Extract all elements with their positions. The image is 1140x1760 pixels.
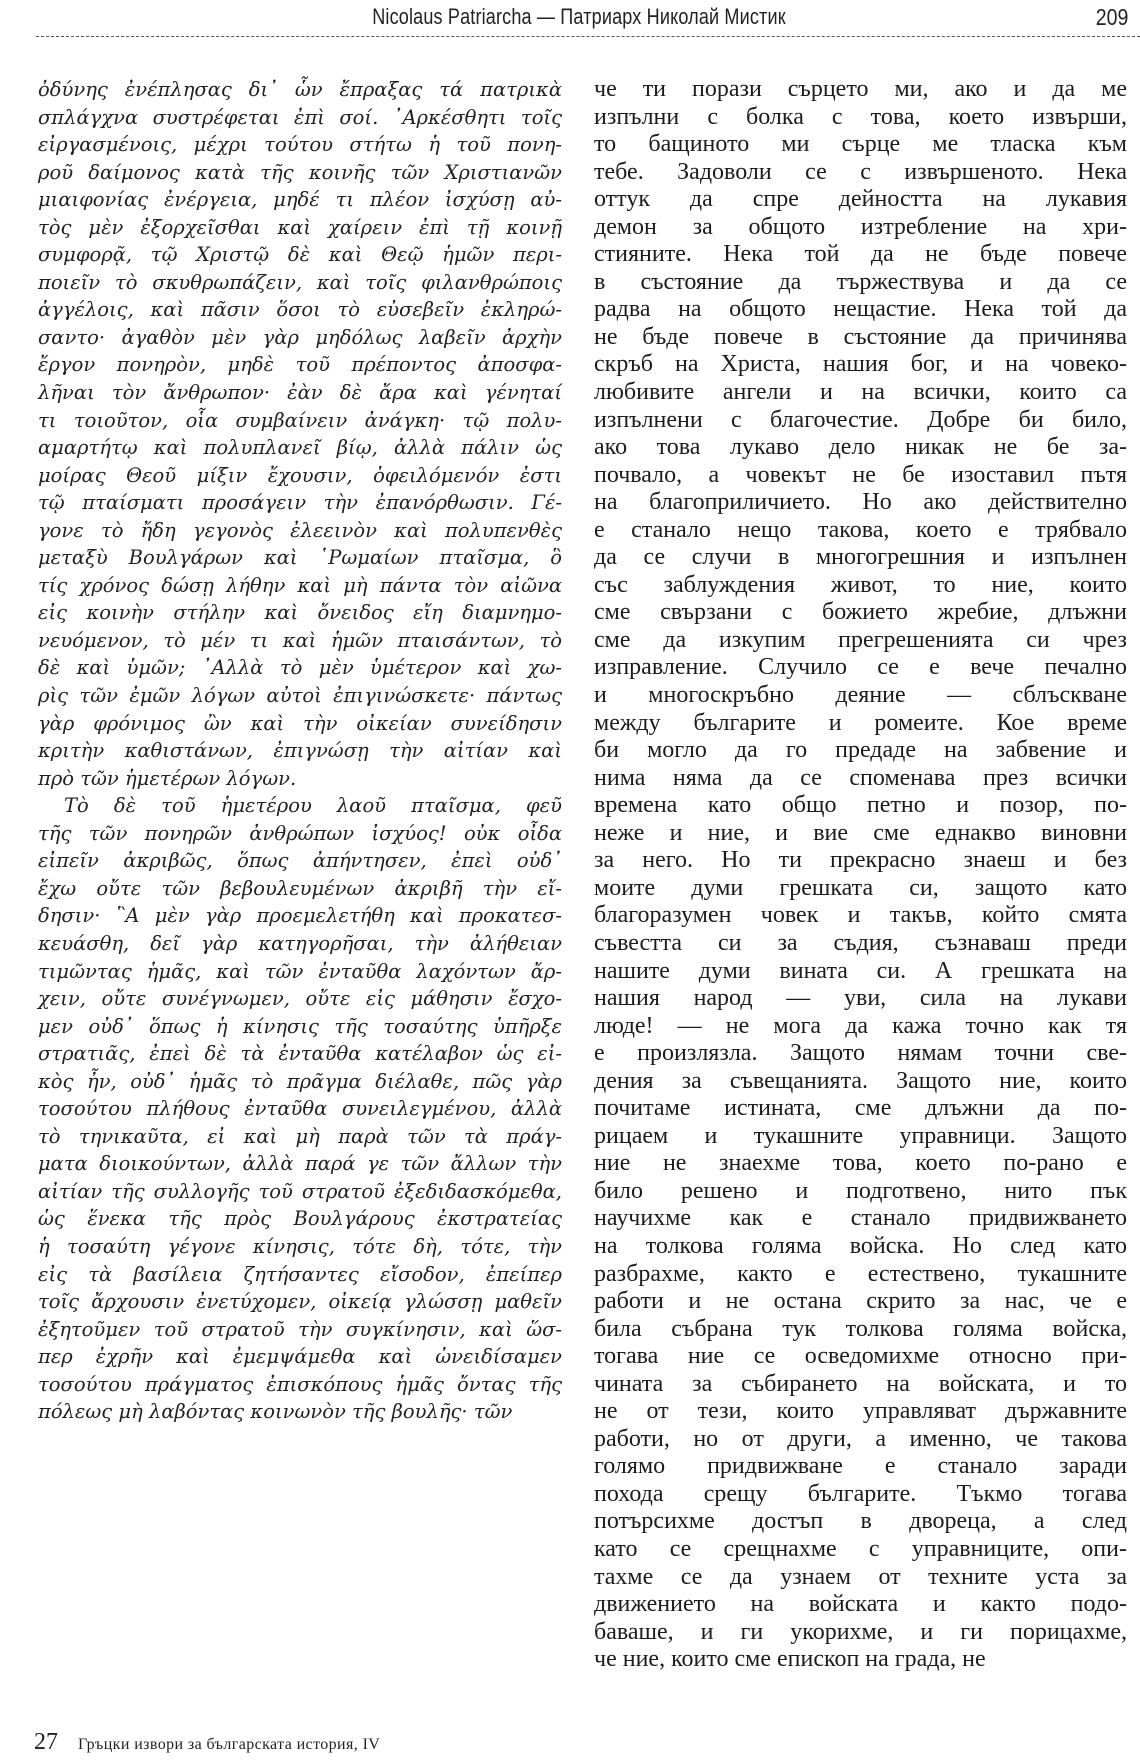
text-line: κριτὴν καθιστάνων, ἐπιγνώσῃ τὴν αἰτίαν κ… <box>38 737 562 765</box>
text-line: било решено и подготвено, нито пък <box>594 1178 1127 1206</box>
page-footer: 27 Гръцки извори за българската история,… <box>34 1729 380 1756</box>
text-line: τίς χρόνος δώσῃ λήθην καὶ μὴ πάντα τὸν α… <box>38 572 562 600</box>
text-line: времена като общо петно и позор, по- <box>594 792 1127 820</box>
text-line: εἰργασμένοις, μέχρι τούτου στήτω ἡ τοῦ π… <box>38 131 562 159</box>
greek-text-column: ὀδύνης ἐνέπλησας δι᾿ ὧν ἔπραξας τά πατρι… <box>38 76 562 1426</box>
text-line: научихме как е станало придвижването <box>594 1205 1127 1233</box>
book-title: Гръцки извори за българската история, IV <box>78 1736 380 1754</box>
text-line: като се срещнахме с управниците, опи- <box>594 1536 1127 1564</box>
text-line: τῷ πταίσματι προσάγειν τὴν ἐπανόρθωσιν. … <box>38 489 562 517</box>
text-line: μεν οὐδ᾿ ὅπως ἡ κίνησις τῆς τοσαύτης ὑπῆ… <box>38 1013 562 1041</box>
text-line: то бащиното ми сърце ме тласка към <box>594 131 1127 159</box>
text-line: ρὶς τῶν ἐμῶν λόγων αὐτοὶ ἐπιγινώσκετε· π… <box>38 682 562 710</box>
text-line: чината за събирането на войската, и то <box>594 1371 1127 1399</box>
text-line: ние не знаехме това, което по-рано е <box>594 1150 1127 1178</box>
text-line: със заблуждения живот, то ние, които <box>594 572 1127 600</box>
text-line: στρατιᾶς, ἐπεὶ δὲ τὰ ἐνταῦθα κατέλαβον ὡ… <box>38 1040 562 1068</box>
text-line: неже и ние, и вие сме еднакво виновни <box>594 820 1127 848</box>
page-number: 209 <box>1095 4 1128 31</box>
text-line: благоразумен човек и такъв, който смята <box>594 902 1127 930</box>
text-line: λῆναι τὸν ἄνθρωπον· ἐὰν δὲ ἄρα καὶ γένητ… <box>38 379 562 407</box>
text-line: αμαρτήτῳ καὶ πολυπλανεῖ βίῳ, ἀλλὰ πάλιν … <box>38 434 562 462</box>
text-line: ματα διοικούντων, ἀλλὰ παρά γε τῶν ἄλλων… <box>38 1150 562 1178</box>
text-line: τοῖς ἄρχουσιν ἐνετύχομεν, οἰκείᾳ γλώσσῃ … <box>38 1288 562 1316</box>
text-line: сме да изкупим прегрешенията си чрез <box>594 627 1127 655</box>
text-line: γονε τὸ ἤδη γεγονὸς ἐλεεινὸν καὶ πολυπεν… <box>38 517 562 545</box>
text-line: εἰς τὰ βασίλεια ζητήσαντες εἴσοδον, ἐπεί… <box>38 1261 562 1289</box>
text-line: ἔργον πονηρὸν, μηδὲ τοῦ πρέποντος ἀποσφα… <box>38 351 562 379</box>
text-line: ποιεῖν τὸ σκυθρωπάζειν, καὶ τοῖς φιλανθρ… <box>38 269 562 297</box>
text-line: че ти порази сърцето ми, ако и да ме <box>594 76 1127 104</box>
text-line: πόλεως μὴ λαβόντας κοινωνὸν τῆς βουλῆς· … <box>38 1398 562 1426</box>
text-line: κὸς ἦν, οὐδ᾿ ἡμᾶς τὸ πρᾶγμα διέλαθε, πῶς… <box>38 1068 562 1096</box>
text-line: разбрахме, както е естествено, тукашните <box>594 1261 1127 1289</box>
text-line: μοίρας Θεοῦ μίξιν ἔχουσιν, ὀφειλόμενόν ἐ… <box>38 462 562 490</box>
text-line: почвало, а човекът не бе изоставил пътя <box>594 462 1127 490</box>
signature-mark: 27 <box>34 1729 58 1756</box>
text-line: голямо придвижване е станало заради <box>594 1453 1127 1481</box>
text-line: съвестта си за съдия, съзнаваш преди <box>594 930 1127 958</box>
text-line: оттук да спре дейността на лукавия <box>594 186 1127 214</box>
text-line: нашия народ — уви, сила на лукави <box>594 985 1127 1013</box>
text-line: нима няма да се споменава през всички <box>594 765 1127 793</box>
text-line: работи и не остана скрито за нас, че е <box>594 1288 1127 1316</box>
text-line: τὸς μὲν ἐξορχεῖσθαι καὶ χαίρειν ἐπὶ τῇ κ… <box>38 214 562 242</box>
text-line: γὰρ φρόνιμος ὢν καὶ τὴν οἰκείαν συνείδησ… <box>38 710 562 738</box>
text-line: почитаме истината, сме длъжни да по- <box>594 1095 1127 1123</box>
text-line: μιαιφονίας ἐνέργεια, μηδέ τι πλέον ἰσχύσ… <box>38 186 562 214</box>
text-line: би могло да го предаде на забвение и <box>594 737 1127 765</box>
text-line: σαντο· ἀγαθὸν μὲν γὰρ μηδόλως λαβεῖν ἀρχ… <box>38 324 562 352</box>
text-line: εἰς κοινὴν στήλην καὶ ὄνειδος εἴη διαμνη… <box>38 599 562 627</box>
text-line: Τὸ δὲ τοῦ ἡμετέρου λαοῦ πταῖσμα, φεῦ <box>38 792 562 820</box>
text-line: изпълнени с благочестие. Добре би било, <box>594 407 1127 435</box>
text-line: потърсихме достъп в двореца, а след <box>594 1508 1127 1536</box>
text-line: любивите ангели и на всички, които са <box>594 379 1127 407</box>
header-rule <box>36 36 1140 37</box>
text-line: τιμῶντας ἡμᾶς, καὶ τῶν ἐνταῦθα λαχόντων … <box>38 958 562 986</box>
text-line: работи, но от други, а именно, че такова <box>594 1426 1127 1454</box>
text-line: тебе. Задоволи се с извършеното. Нека <box>594 159 1127 187</box>
text-line: люде! — не мога да кажа точно как тя <box>594 1013 1127 1041</box>
text-line: е станало нещо такова, което е трябвало <box>594 517 1127 545</box>
text-line: на толкова голяма войска. Но след като <box>594 1233 1127 1261</box>
text-line: между българите и ромеите. Кое време <box>594 710 1127 738</box>
text-line: δὲ καὶ ὑμῶν; ᾿Αλλὰ τὸ μὲν ὑμέτερον καὶ χ… <box>38 654 562 682</box>
text-line: не от тези, които управляват държавните <box>594 1398 1127 1426</box>
text-line: рицаем и тукашните управници. Защото <box>594 1123 1127 1151</box>
text-line: сме свързани с божието жребие, длъжни <box>594 599 1127 627</box>
text-line: χειν, οὔτε συνέγνωμεν, οὔτε εἰς μάθησιν … <box>38 985 562 1013</box>
text-line: μεταξὺ Βουλγάρων καὶ ῾Ρωμαίων πταῖσμα, ὃ <box>38 544 562 572</box>
text-line: на благоприличието. Но ако действително <box>594 489 1127 517</box>
text-line: е произлязла. Защото нямам точни све- <box>594 1040 1127 1068</box>
text-line: ὀδύνης ἐνέπλησας δι᾿ ὧν ἔπραξας τά πατρι… <box>38 76 562 104</box>
text-line: τοσούτου πράγματος ἐπισκόπους ἡμᾶς ὄντας… <box>38 1371 562 1399</box>
running-header: Nicolaus Patriarcha — Патриарх Николай М… <box>30 4 1128 34</box>
text-line: да се случи в многогрешния и изпълнен <box>594 544 1127 572</box>
text-line: ἀγγέλοις, καὶ πᾶσιν ὅσοι τὸ εὐσεβεῖν ἐκλ… <box>38 296 562 324</box>
text-line: τῆς τῶν πονηρῶν ἀνθρώπων ἰσχύος! οὐκ οἶδ… <box>38 820 562 848</box>
text-line: ἡ τοσαύτη γέγονε κίνησις, τότε δὴ, τότε,… <box>38 1233 562 1261</box>
text-line: τοσούτου πλήθους ἐνταῦθα συνειλεγμένου, … <box>38 1095 562 1123</box>
text-line: αἰτίαν τῆς συλλογῆς τοῦ στρατοῦ ἐξεδιδασ… <box>38 1178 562 1206</box>
text-line: тахме се да узнаем от техните уста за <box>594 1564 1127 1592</box>
text-line: πρὸ τῶν ἡμετέρων λόγων. <box>38 765 562 793</box>
running-title: Nicolaus Patriarcha — Патриарх Николай М… <box>129 4 1029 30</box>
text-line: тогава ние се осведомихме относно при- <box>594 1343 1127 1371</box>
text-line: и многоскръбно деяние — сблъскване <box>594 682 1127 710</box>
text-line: движението на войската и както подо- <box>594 1591 1127 1619</box>
text-line: била събрана тук толкова голяма войска, <box>594 1316 1127 1344</box>
text-line: баваше, и ги укорихме, и ги порицахме, <box>594 1619 1127 1647</box>
text-line: ἐξητοῦμεν τοῦ στρατοῦ τὴν συγκίνησιν, κα… <box>38 1316 562 1344</box>
text-line: демон за общото изтребление на хри- <box>594 214 1127 242</box>
text-line: похода срещу българите. Тъкмо тогава <box>594 1481 1127 1509</box>
text-line: συμφορᾷ, τῷ Χριστῷ δὲ καὶ Θεῷ ἡμῶν περι- <box>38 241 562 269</box>
text-line: радва на общото нещастие. Нека той да <box>594 296 1127 324</box>
text-line: в състояние да тържествува и да се <box>594 269 1127 297</box>
text-line: скръб на Христа, нашия бог, и на човеко- <box>594 351 1127 379</box>
text-line: ὡς ἕνεκα τῆς πρὸς Βουλγάρους ἐκστρατείας <box>38 1205 562 1233</box>
text-line: ако това лукаво дело никак не бе за- <box>594 434 1127 462</box>
text-line: стияните. Нека той да не бъде повече <box>594 241 1127 269</box>
text-line: ἔχω οὔτε τῶν βεβουλευμένων ἀκριβῆ τὴν εἴ… <box>38 875 562 903</box>
text-line: моите думи грешката си, защото като <box>594 875 1127 903</box>
text-line: νευόμενον, τὸ μέν τι καὶ ἡμῶν πταισάντων… <box>38 627 562 655</box>
text-line: σπλάγχνα συστρέφεται ἐπὶ σοί. ᾿Αρκέσθητι… <box>38 104 562 132</box>
text-line: дения за съвещанията. Защото ние, които <box>594 1068 1127 1096</box>
text-line: че ние, които сме епископ на града, не <box>594 1646 1127 1674</box>
text-line: κευάσθη, δεῖ γὰρ κατηγορῆσαι, τὴν ἀλήθει… <box>38 930 562 958</box>
text-line: нашите думи вината си. А грешката на <box>594 958 1127 986</box>
text-line: ροῦ δαίμονος κατὰ τῆς κοινῆς τῶν Χριστια… <box>38 159 562 187</box>
text-line: изправление. Случило се е вече печално <box>594 654 1127 682</box>
bulgarian-translation-column: че ти порази сърцето ми, ако и да меизпъ… <box>594 76 1127 1674</box>
text-line: изпълни с болка с това, което извърши, <box>594 104 1127 132</box>
text-line: περ ἐχρῆν καὶ ἐμεμψάμεθα καὶ ὠνειδίσαμεν <box>38 1343 562 1371</box>
text-line: εἰπεῖν ἀκριβῶς, ὅπως ἀπήντησεν, ἐπεὶ οὐδ… <box>38 847 562 875</box>
text-line: не бъде повече в състояние да причинява <box>594 324 1127 352</box>
text-line: τι τοιοῦτον, οἷα συμβαίνειν ἀνάγκη· τῷ π… <box>38 407 562 435</box>
text-line: τὸ τηνικαῦτα, εἰ καὶ μὴ παρὰ τῶν τὰ πράγ… <box>38 1123 562 1151</box>
text-line: за него. Но ти прекрасно знаеш и без <box>594 847 1127 875</box>
text-line: δησιν· ῝Α μὲν γὰρ προεμελετήθη καὶ προκα… <box>38 902 562 930</box>
